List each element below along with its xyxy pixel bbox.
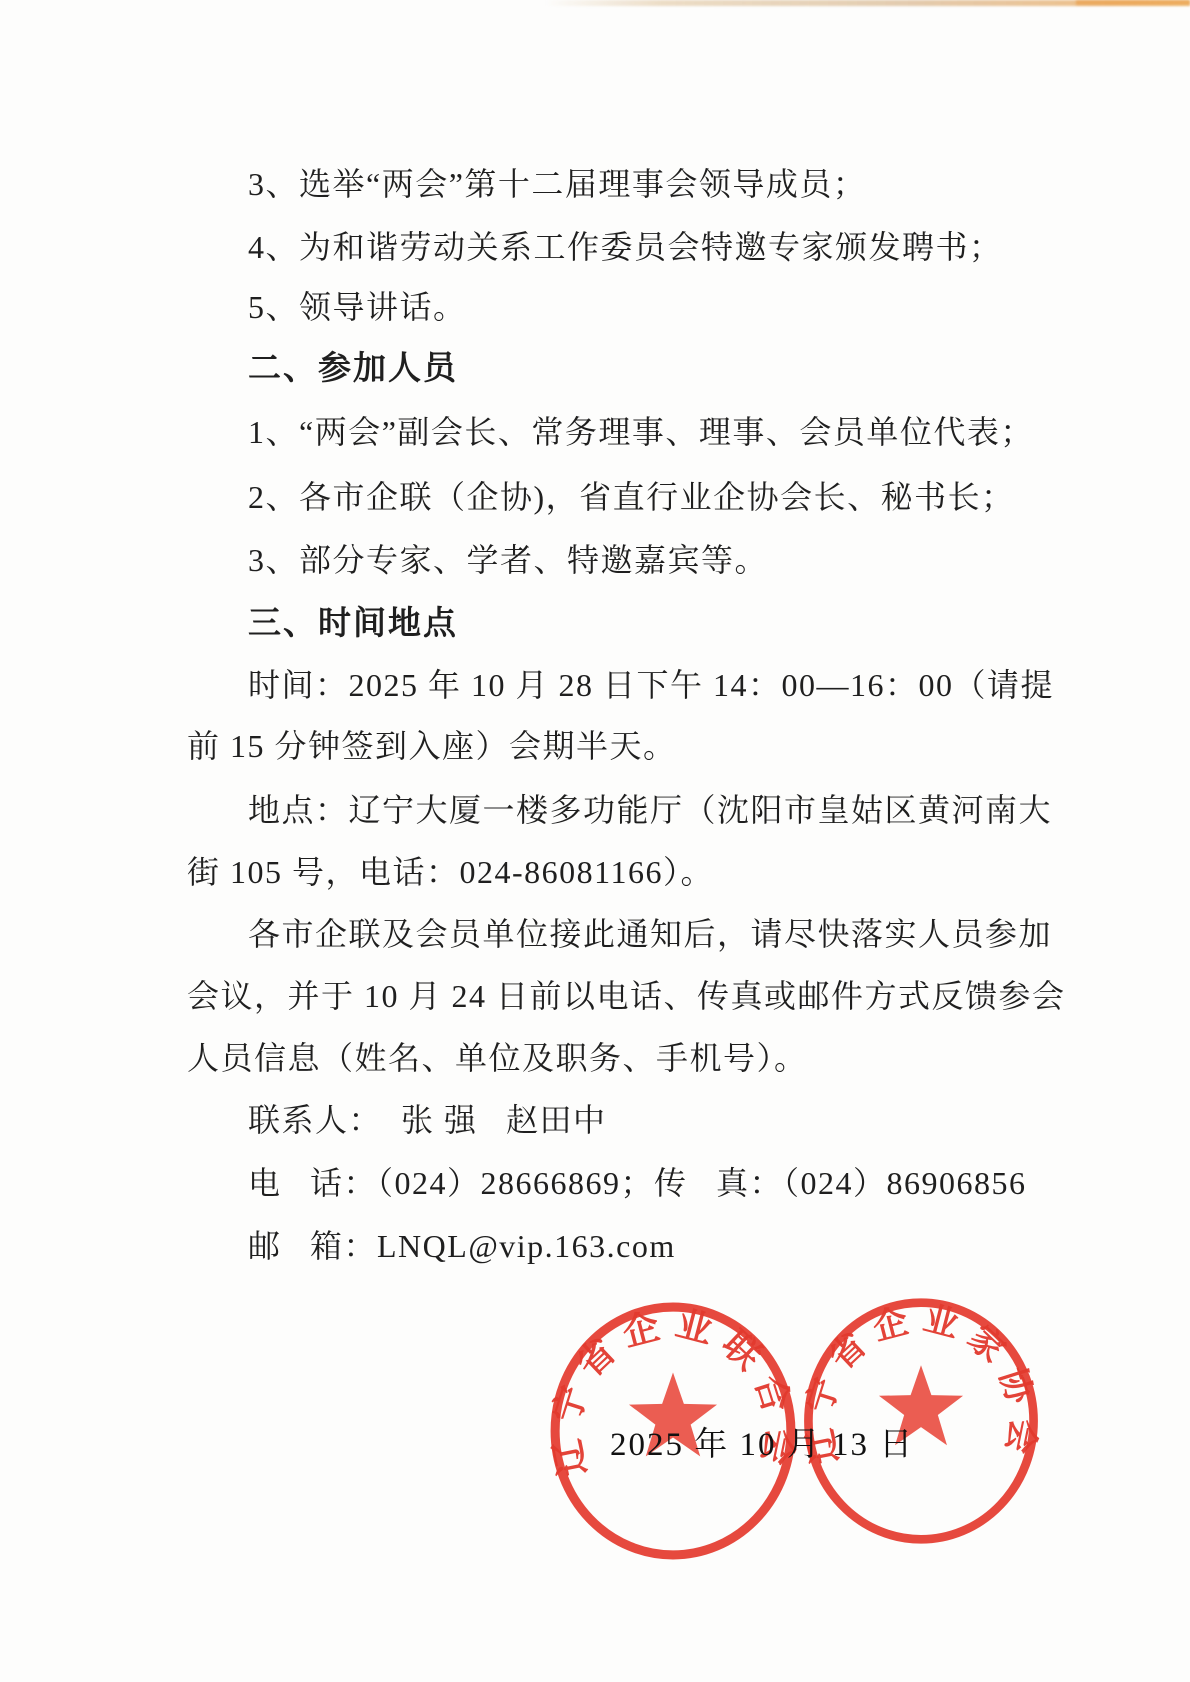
email-line: 邮 箱：LNQL@vip.163.com [248, 1226, 1038, 1266]
place-line-1: 地点：辽宁大厦一楼多功能厅（沈阳市皇姑区黄河南大 [248, 790, 1038, 830]
document-date: 2025 年 10 月 13 日 [610, 1418, 914, 1465]
notice-paragraph-line-3: 人员信息（姓名、单位及职务、手机号）。 [187, 1038, 977, 1078]
section-heading-participants: 二、参加人员 [248, 349, 1038, 389]
participants-item-3: 3、部分专家、学者、特邀嘉宾等。 [248, 540, 1038, 580]
participants-item-2: 2、各市企联（企协)，省直行业企协会长、秘书长； [248, 477, 1038, 517]
contact-person-line: 联系人： 张 强 赵田中 [248, 1100, 1038, 1140]
scan-artifact-top-corner [1076, 0, 1190, 5]
participants-item-1: 1、“两会”副会长、常务理事、理事、会员单位代表； [248, 412, 1038, 452]
time-line-1: 时间：2025 年 10 月 28 日下午 14：00—16：00（请提 [248, 665, 1038, 705]
scanned-notice-page: 3、选举“两会”第十二届理事会领导成员； 4、为和谐劳动关系工作委员会特邀专家颁… [0, 0, 1190, 1682]
notice-paragraph-line-2: 会议，并于 10 月 24 日前以电话、传真或邮件方式反馈参会 [187, 976, 977, 1016]
agenda-item-3: 3、选举“两会”第十二届理事会领导成员； [248, 164, 1038, 204]
time-line-2: 前 15 分钟签到入座）会期半天。 [187, 726, 977, 766]
section-heading-time-place: 三、时间地点 [248, 604, 1038, 644]
phone-fax-line: 电 话：（024）28666869；传 真：（024）86906856 [248, 1163, 1038, 1203]
place-line-2: 街 105 号，电话：024-86081166）。 [187, 852, 977, 892]
notice-paragraph-line-1: 各市企联及会员单位接此通知后，请尽快落实人员参加 [248, 914, 1038, 954]
agenda-item-5: 5、领导讲话。 [248, 287, 1038, 327]
agenda-item-4: 4、为和谐劳动关系工作委员会特邀专家颁发聘书； [248, 227, 1038, 267]
